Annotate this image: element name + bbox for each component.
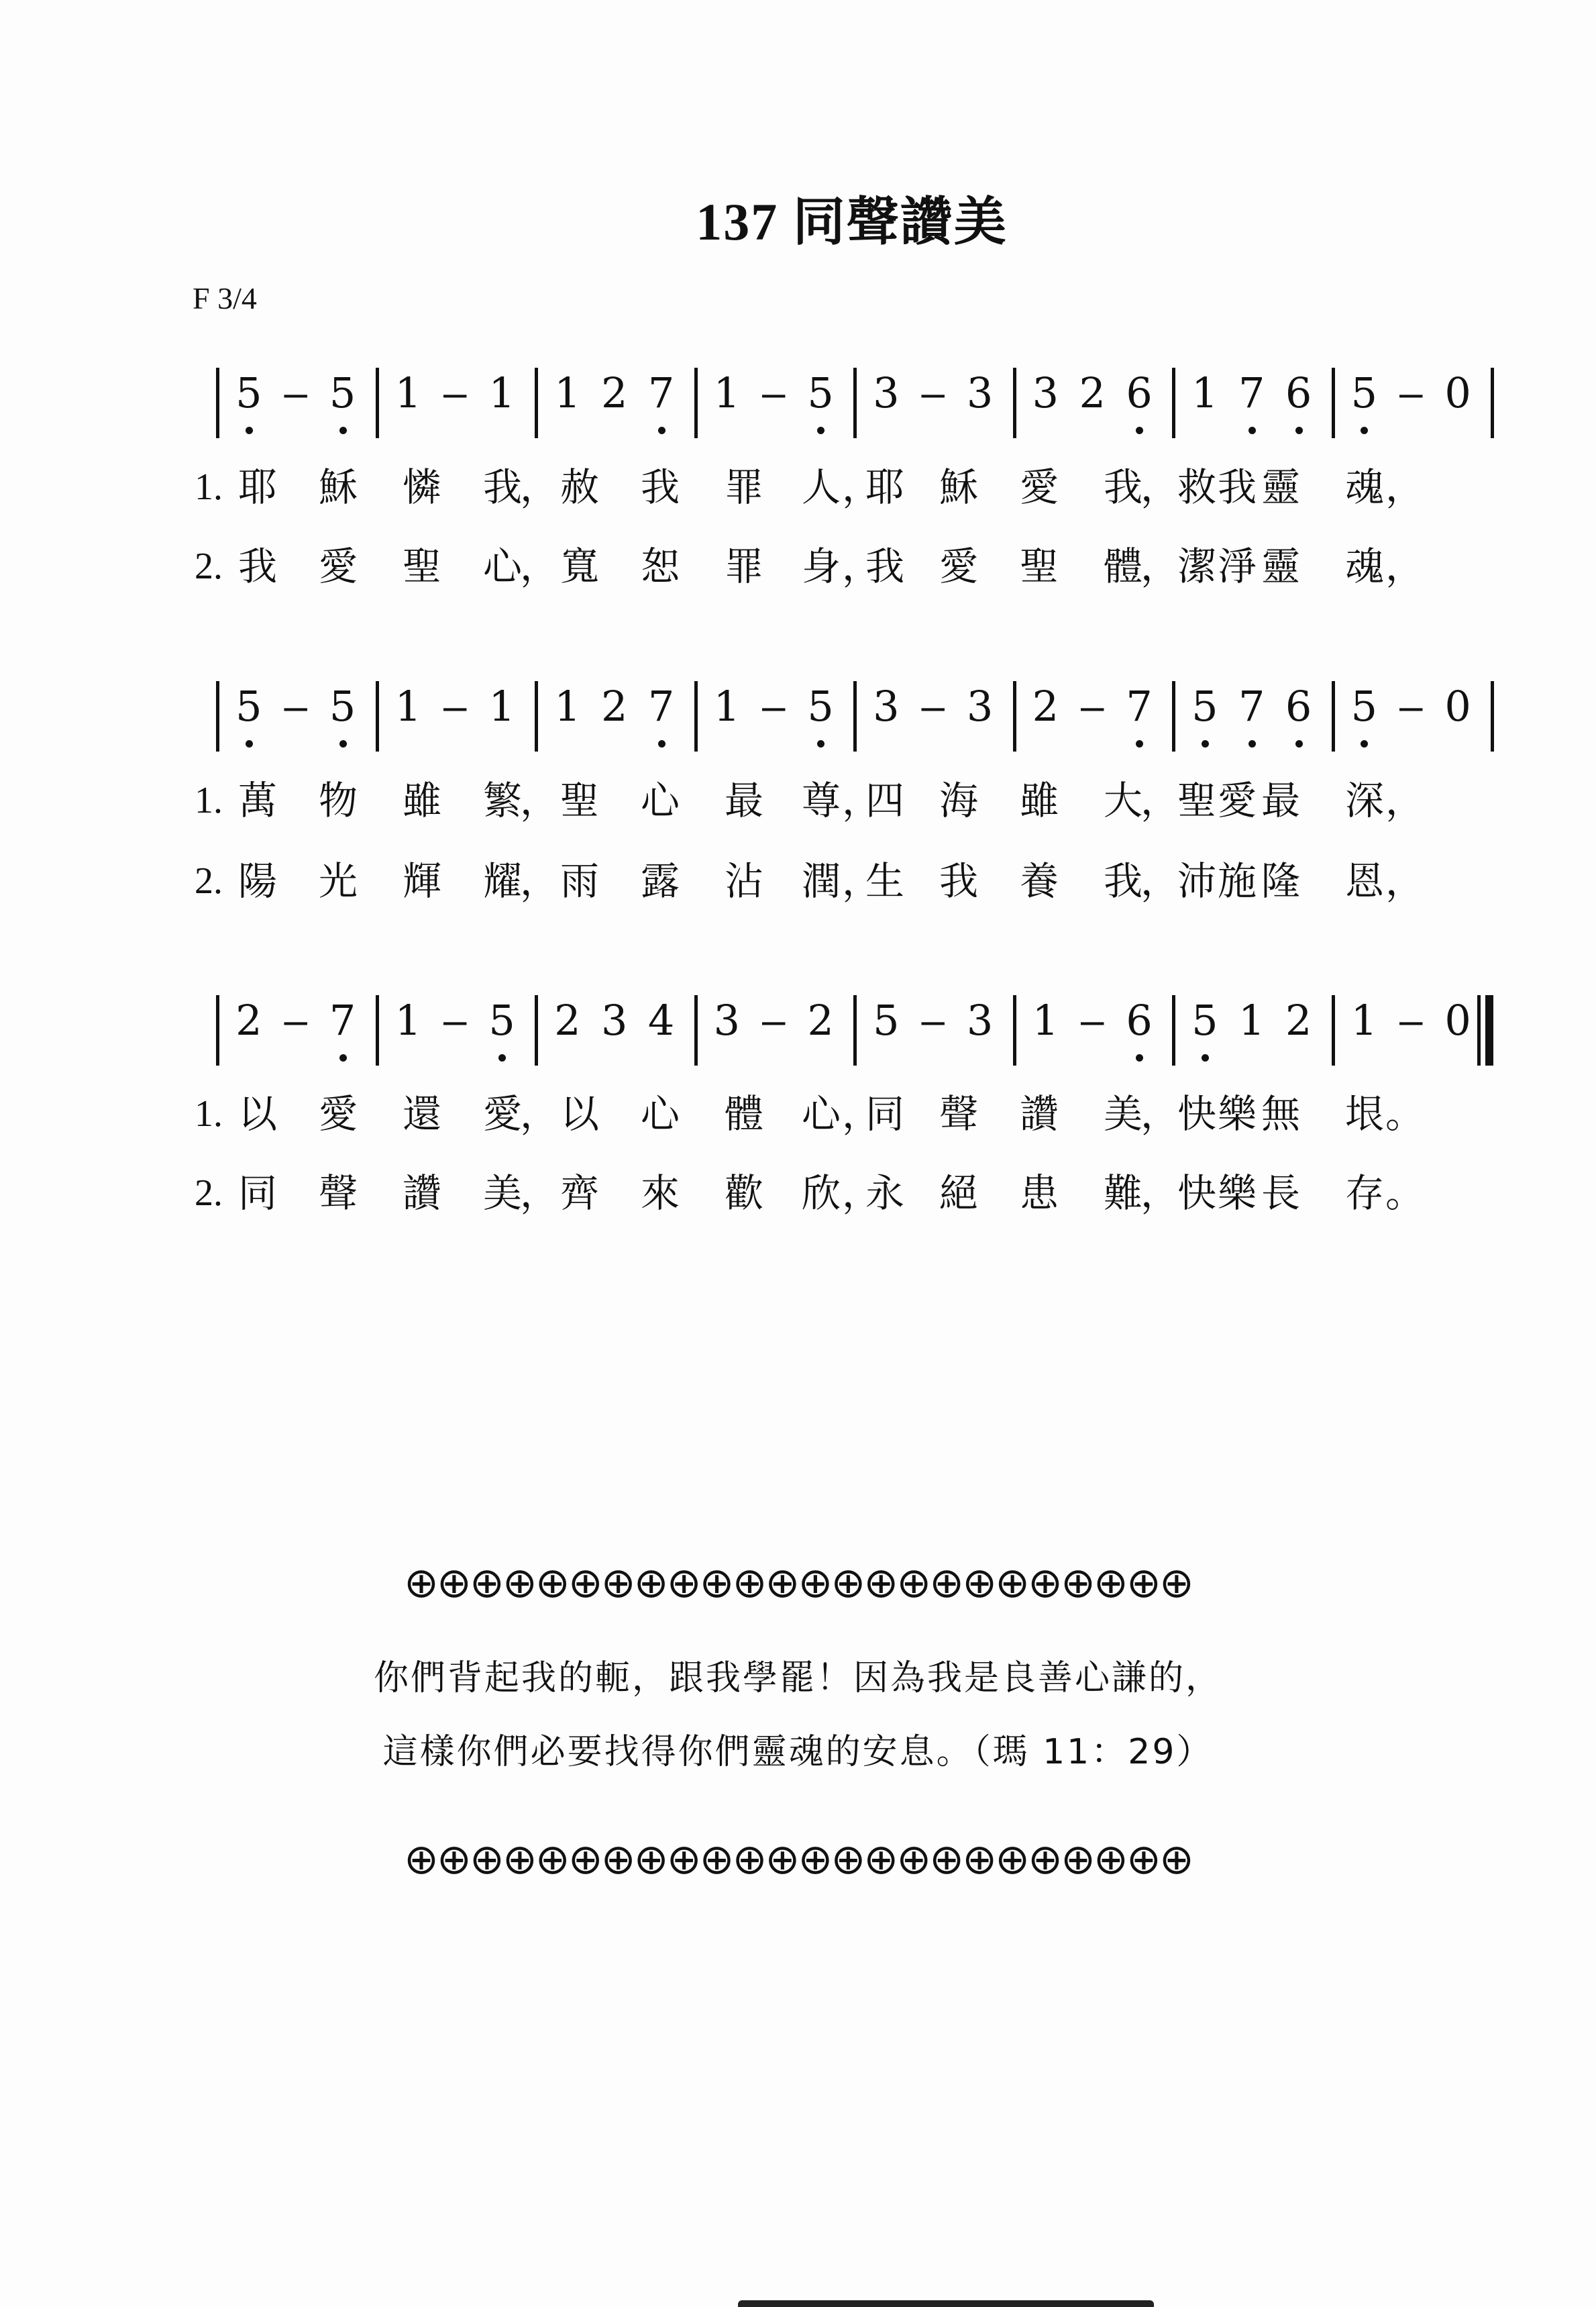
note: 5	[233, 668, 264, 733]
verse-number: 2.	[195, 1168, 223, 1219]
lyric-punctuation: ，	[520, 856, 559, 907]
lyric-syllable: 赦	[560, 462, 599, 513]
lyric-syllable: 心	[641, 1088, 680, 1139]
verse-number: 1.	[195, 1088, 223, 1139]
page-edge-artifact	[738, 2300, 1154, 2307]
lyric-syllable: 罪	[725, 541, 763, 592]
lyric-line-verse-2: 2.同聲讚美，齊來歡欣，永絕患難，快樂長存。	[0, 1168, 1596, 1221]
lyric-syllable: 聖	[560, 775, 599, 826]
lyric-syllable: 尊	[802, 775, 841, 826]
note-extension: –	[918, 668, 949, 733]
lyric-syllable: 最	[1261, 775, 1300, 826]
lyric-syllable: 穌	[319, 462, 358, 513]
staff-line-3: 2–71–52343–25–31–65121–0	[0, 982, 1596, 1096]
lyric-syllable: 光	[319, 856, 358, 907]
low-octave-dot	[658, 740, 666, 748]
barline	[1491, 681, 1494, 752]
measure: 5–0	[1341, 354, 1482, 455]
barline	[853, 995, 857, 1066]
ornament-bottom: ⊕⊕⊕⊕⊕⊕⊕⊕⊕⊕⊕⊕⊕⊕⊕⊕⊕⊕⊕⊕⊕⊕⊕⊕	[0, 1835, 1596, 1884]
lyric-punctuation: ，	[1385, 775, 1424, 826]
measure: 326	[1022, 354, 1163, 455]
lyric-syllable: 美	[1104, 1088, 1142, 1139]
measure: 2–7	[1022, 668, 1163, 768]
low-octave-dot	[1361, 740, 1368, 748]
lyric-line-verse-2: 2.陽光輝耀，雨露沾潤，生我養我，沛施隆恩，	[0, 856, 1596, 909]
note-extension: –	[280, 668, 311, 733]
verse-number: 1.	[195, 462, 223, 513]
lyric-syllable: 永	[865, 1168, 904, 1219]
low-octave-dot	[1248, 427, 1256, 434]
lyric-syllable: 讚	[1020, 1088, 1059, 1139]
ornament-top: ⊕⊕⊕⊕⊕⊕⊕⊕⊕⊕⊕⊕⊕⊕⊕⊕⊕⊕⊕⊕⊕⊕⊕⊕	[0, 1558, 1596, 1607]
lyric-syllable: 聲	[939, 1088, 978, 1139]
note: 7	[646, 668, 677, 733]
note-extension: –	[1077, 982, 1108, 1047]
final-barline-thick	[1485, 995, 1493, 1066]
note-extension: –	[758, 668, 789, 733]
note: 5	[327, 354, 358, 420]
lyric-punctuation: ，	[1385, 462, 1424, 513]
note-extension: –	[439, 354, 470, 420]
barline	[535, 681, 538, 752]
note: 1	[1189, 354, 1220, 420]
lyric-line-verse-2: 2.我愛聖心，寬恕罪身，我愛聖體，潔淨靈魂，	[0, 541, 1596, 595]
lyric-syllable: 恕	[641, 541, 680, 592]
barline	[853, 681, 857, 752]
lyric-syllable: 快	[1177, 1168, 1216, 1219]
measure: 5–0	[1341, 668, 1482, 768]
note: 7	[1236, 354, 1267, 420]
note: 6	[1283, 354, 1314, 420]
note: 7	[1236, 668, 1267, 733]
lyric-syllable: 物	[319, 775, 358, 826]
note: 5	[1189, 982, 1220, 1047]
low-octave-dot	[1202, 1054, 1209, 1062]
lyric-syllable: 樂	[1218, 1168, 1257, 1219]
lyric-syllable: 雖	[403, 775, 441, 826]
lyric-syllable: 聖	[403, 541, 441, 592]
measure: 127	[544, 354, 685, 455]
note-extension: –	[1395, 354, 1426, 420]
note: 2	[233, 982, 264, 1047]
barline	[694, 368, 698, 438]
note: 1	[1348, 982, 1379, 1047]
lyric-syllable: 魂	[1345, 541, 1384, 592]
staff-line-1: 5–51–11271–53–33261765–0	[0, 354, 1596, 468]
note: 2	[599, 354, 630, 420]
lyric-line-verse-1: 1.耶穌憐我，赦我罪人，耶穌愛我，救我靈魂，	[0, 462, 1596, 515]
lyric-syllable: 魂	[1345, 462, 1384, 513]
lyric-punctuation: ，	[1385, 541, 1424, 592]
lyric-syllable: 靈	[1261, 462, 1300, 513]
note: 4	[646, 982, 677, 1047]
note: 7	[646, 354, 677, 420]
lyric-syllable: 我	[939, 856, 978, 907]
lyric-syllable: 患	[1020, 1168, 1059, 1219]
hymn-title: 137 同聲讚美	[0, 180, 1596, 255]
lyric-syllable: 聖	[1177, 775, 1216, 826]
measure: 2–7	[225, 982, 366, 1082]
lyric-syllable: 欣	[802, 1168, 841, 1219]
measure: 3–2	[704, 982, 845, 1082]
note: 3	[1030, 354, 1061, 420]
note: 2	[599, 668, 630, 733]
barline	[1332, 681, 1335, 752]
lyric-syllable: 四	[865, 775, 904, 826]
lyric-syllable: 體	[1104, 541, 1142, 592]
low-octave-dot	[339, 740, 347, 748]
lyric-syllable: 雨	[560, 856, 599, 907]
lyric-syllable: 體	[725, 1088, 763, 1139]
lyric-punctuation: ，	[1140, 462, 1179, 513]
lyric-punctuation: ，	[1140, 1088, 1179, 1139]
low-octave-dot	[246, 740, 253, 748]
lyric-syllable: 耀	[483, 856, 522, 907]
lyric-punctuation: 。	[1385, 1168, 1424, 1219]
lyric-syllable: 我	[1104, 856, 1142, 907]
note: 1	[552, 668, 583, 733]
barline	[1172, 995, 1175, 1066]
note-extension: –	[758, 982, 789, 1047]
lyric-syllable: 潤	[802, 856, 841, 907]
measure: 512	[1181, 982, 1322, 1082]
lyric-syllable: 我	[1218, 462, 1257, 513]
note-extension: –	[439, 668, 470, 733]
lyric-syllable: 存	[1345, 1168, 1384, 1219]
lyric-syllable: 同	[238, 1168, 277, 1219]
lyric-syllable: 施	[1218, 856, 1257, 907]
note-extension: –	[280, 982, 311, 1047]
lyric-syllable: 我	[483, 462, 522, 513]
lyric-punctuation: ，	[1140, 1168, 1179, 1219]
lyric-syllable: 我	[238, 541, 277, 592]
low-octave-dot	[339, 1054, 347, 1062]
lyric-syllable: 長	[1261, 1168, 1300, 1219]
barline	[216, 681, 219, 752]
measure: 1–5	[704, 668, 845, 768]
barline	[853, 368, 857, 438]
barline	[1172, 368, 1175, 438]
lyric-syllable: 身	[802, 541, 841, 592]
note-extension: –	[439, 982, 470, 1047]
note-extension: –	[1395, 668, 1426, 733]
lyric-syllable: 海	[939, 775, 978, 826]
lyric-punctuation: 。	[1385, 1088, 1424, 1139]
measure: 3–3	[863, 354, 1004, 455]
note: 1	[392, 668, 423, 733]
lyric-syllable: 人	[802, 462, 841, 513]
note: 1	[486, 668, 517, 733]
note: 6	[1124, 354, 1155, 420]
barline	[216, 368, 219, 438]
note: 0	[1442, 668, 1473, 733]
barline	[1013, 681, 1016, 752]
low-octave-dot	[1136, 1054, 1143, 1062]
lyric-syllable: 以	[560, 1088, 599, 1139]
lyric-punctuation: ，	[520, 541, 559, 592]
lyric-syllable: 最	[725, 775, 763, 826]
measure: 1–6	[1022, 982, 1163, 1082]
low-octave-dot	[339, 427, 347, 434]
note: 6	[1283, 668, 1314, 733]
lyric-syllable: 憐	[403, 462, 441, 513]
note: 1	[552, 354, 583, 420]
lyric-syllable: 寬	[560, 541, 599, 592]
lyric-punctuation: ，	[520, 1088, 559, 1139]
measure: 1–5	[704, 354, 845, 455]
barline	[1013, 995, 1016, 1066]
lyric-syllable: 無	[1261, 1088, 1300, 1139]
lyric-syllable: 隆	[1261, 856, 1300, 907]
measure: 576	[1181, 668, 1322, 768]
note: 3	[965, 668, 996, 733]
low-octave-dot	[498, 1054, 506, 1062]
barline	[535, 368, 538, 438]
lyric-syllable: 生	[865, 856, 904, 907]
lyric-syllable: 沾	[725, 856, 763, 907]
note-extension: –	[758, 354, 789, 420]
measure: 5–5	[225, 354, 366, 455]
barline	[376, 681, 379, 752]
low-octave-dot	[1202, 740, 1209, 748]
lyric-punctuation: ，	[520, 462, 559, 513]
measure: 5–5	[225, 668, 366, 768]
low-octave-dot	[817, 427, 824, 434]
lyric-syllable: 聲	[319, 1168, 358, 1219]
lyric-syllable: 罪	[725, 462, 763, 513]
note: 5	[327, 668, 358, 733]
barline	[216, 995, 219, 1066]
lyric-syllable: 繁	[483, 775, 522, 826]
lyric-syllable: 讚	[403, 1168, 441, 1219]
measure: 127	[544, 668, 685, 768]
barline	[535, 995, 538, 1066]
note: 2	[1077, 354, 1108, 420]
barline	[376, 995, 379, 1066]
note: 0	[1442, 354, 1473, 420]
lyric-syllable: 來	[641, 1168, 680, 1219]
lyric-syllable: 美	[483, 1168, 522, 1219]
measure: 176	[1181, 354, 1322, 455]
key-time-signature: F 3/4	[193, 280, 257, 316]
note: 7	[327, 982, 358, 1047]
low-octave-dot	[1136, 740, 1143, 748]
lyric-line-verse-1: 1.萬物雖繁，聖心最尊，四海雖大，聖愛最深，	[0, 775, 1596, 829]
lyric-syllable: 雖	[1020, 775, 1059, 826]
note: 1	[1030, 982, 1061, 1047]
lyric-syllable: 深	[1345, 775, 1384, 826]
note: 3	[871, 354, 902, 420]
lyric-syllable: 我	[865, 541, 904, 592]
lyric-syllable: 耶	[865, 462, 904, 513]
lyric-syllable: 樂	[1218, 1088, 1257, 1139]
note: 5	[233, 354, 264, 420]
note-extension: –	[918, 354, 949, 420]
note: 5	[805, 354, 836, 420]
lyric-punctuation: ，	[1140, 775, 1179, 826]
note: 2	[1283, 982, 1314, 1047]
lyric-syllable: 愛	[319, 1088, 358, 1139]
lyric-punctuation: ，	[1140, 541, 1179, 592]
note: 5	[1189, 668, 1220, 733]
lyric-punctuation: ，	[1140, 856, 1179, 907]
low-octave-dot	[1295, 427, 1303, 434]
lyric-syllable: 輝	[403, 856, 441, 907]
low-octave-dot	[658, 427, 666, 434]
note: 2	[805, 982, 836, 1047]
lyric-syllable: 靈	[1261, 541, 1300, 592]
low-octave-dot	[1295, 740, 1303, 748]
lyric-syllable: 愛	[483, 1088, 522, 1139]
lyric-punctuation: ，	[520, 1168, 559, 1219]
note-extension: –	[280, 354, 311, 420]
lyric-syllable: 垠	[1345, 1088, 1384, 1139]
lyric-syllable: 潔	[1177, 541, 1216, 592]
lyric-syllable: 恩	[1345, 856, 1384, 907]
measure: 1–0	[1341, 982, 1482, 1082]
scripture-line-1: 你們背起我的軛，跟我學罷！因為我是良善心謙的，	[0, 1649, 1596, 1700]
lyric-syllable: 愛	[1218, 775, 1257, 826]
note: 5	[486, 982, 517, 1047]
lyric-syllable: 救	[1177, 462, 1216, 513]
lyric-syllable: 同	[865, 1088, 904, 1139]
lyric-syllable: 心	[802, 1088, 841, 1139]
note: 5	[871, 982, 902, 1047]
lyric-syllable: 沛	[1177, 856, 1216, 907]
barline	[694, 681, 698, 752]
lyric-syllable: 以	[238, 1088, 277, 1139]
note: 1	[1236, 982, 1267, 1047]
note-extension: –	[1395, 982, 1426, 1047]
lyric-syllable: 養	[1020, 856, 1059, 907]
barline	[694, 995, 698, 1066]
lyric-syllable: 還	[403, 1088, 441, 1139]
low-octave-dot	[246, 427, 253, 434]
lyric-syllable: 露	[641, 856, 680, 907]
note: 3	[965, 982, 996, 1047]
low-octave-dot	[1248, 740, 1256, 748]
lyric-syllable: 陽	[238, 856, 277, 907]
note: 3	[965, 354, 996, 420]
lyric-syllable: 愛	[939, 541, 978, 592]
note: 6	[1124, 982, 1155, 1047]
note: 3	[599, 982, 630, 1047]
note: 3	[711, 982, 742, 1047]
note-extension: –	[918, 982, 949, 1047]
note: 2	[552, 982, 583, 1047]
lyric-syllable: 我	[1104, 462, 1142, 513]
lyric-syllable: 難	[1104, 1168, 1142, 1219]
verse-number: 2.	[195, 541, 223, 592]
note: 2	[1030, 668, 1061, 733]
note: 1	[392, 354, 423, 420]
barline	[1332, 368, 1335, 438]
lyric-syllable: 穌	[939, 462, 978, 513]
lyric-punctuation: ，	[520, 775, 559, 826]
lyric-syllable: 絕	[939, 1168, 978, 1219]
lyric-syllable: 耶	[238, 462, 277, 513]
barline	[376, 368, 379, 438]
measure: 1–1	[385, 668, 526, 768]
lyric-syllable: 大	[1104, 775, 1142, 826]
measure: 3–3	[863, 668, 1004, 768]
measure: 5–3	[863, 982, 1004, 1082]
measure: 1–5	[385, 982, 526, 1082]
low-octave-dot	[1136, 427, 1143, 434]
staff-line-2: 5–51–11271–53–32–75765–0	[0, 668, 1596, 782]
note: 0	[1442, 982, 1473, 1047]
scripture-line-2: 這樣你們必要找得你們靈魂的安息。（瑪 11：29）	[0, 1723, 1596, 1774]
lyric-line-verse-1: 1.以愛還愛，以心體心，同聲讚美，快樂無垠。	[0, 1088, 1596, 1142]
barline	[1491, 368, 1494, 438]
barline	[1013, 368, 1016, 438]
barline	[1172, 681, 1175, 752]
note: 5	[1348, 354, 1379, 420]
note: 1	[711, 354, 742, 420]
lyric-syllable: 愛	[1020, 462, 1059, 513]
lyric-syllable: 心	[483, 541, 522, 592]
lyric-syllable: 齊	[560, 1168, 599, 1219]
note: 5	[805, 668, 836, 733]
lyric-syllable: 我	[641, 462, 680, 513]
note: 1	[392, 982, 423, 1047]
lyric-syllable: 心	[641, 775, 680, 826]
note: 1	[486, 354, 517, 420]
lyric-syllable: 愛	[319, 541, 358, 592]
measure: 234	[544, 982, 685, 1082]
measure: 1–1	[385, 354, 526, 455]
lyric-syllable: 聖	[1020, 541, 1059, 592]
lyric-punctuation: ，	[1385, 856, 1424, 907]
lyric-syllable: 淨	[1218, 541, 1257, 592]
verse-number: 1.	[195, 775, 223, 826]
note: 1	[711, 668, 742, 733]
note-extension: –	[1077, 668, 1108, 733]
note: 3	[871, 668, 902, 733]
barline	[1332, 995, 1335, 1066]
low-octave-dot	[817, 740, 824, 748]
note: 7	[1124, 668, 1155, 733]
lyric-syllable: 快	[1177, 1088, 1216, 1139]
low-octave-dot	[1361, 427, 1368, 434]
lyric-syllable: 萬	[238, 775, 277, 826]
note: 5	[1348, 668, 1379, 733]
lyric-syllable: 歡	[725, 1168, 763, 1219]
verse-number: 2.	[195, 856, 223, 907]
